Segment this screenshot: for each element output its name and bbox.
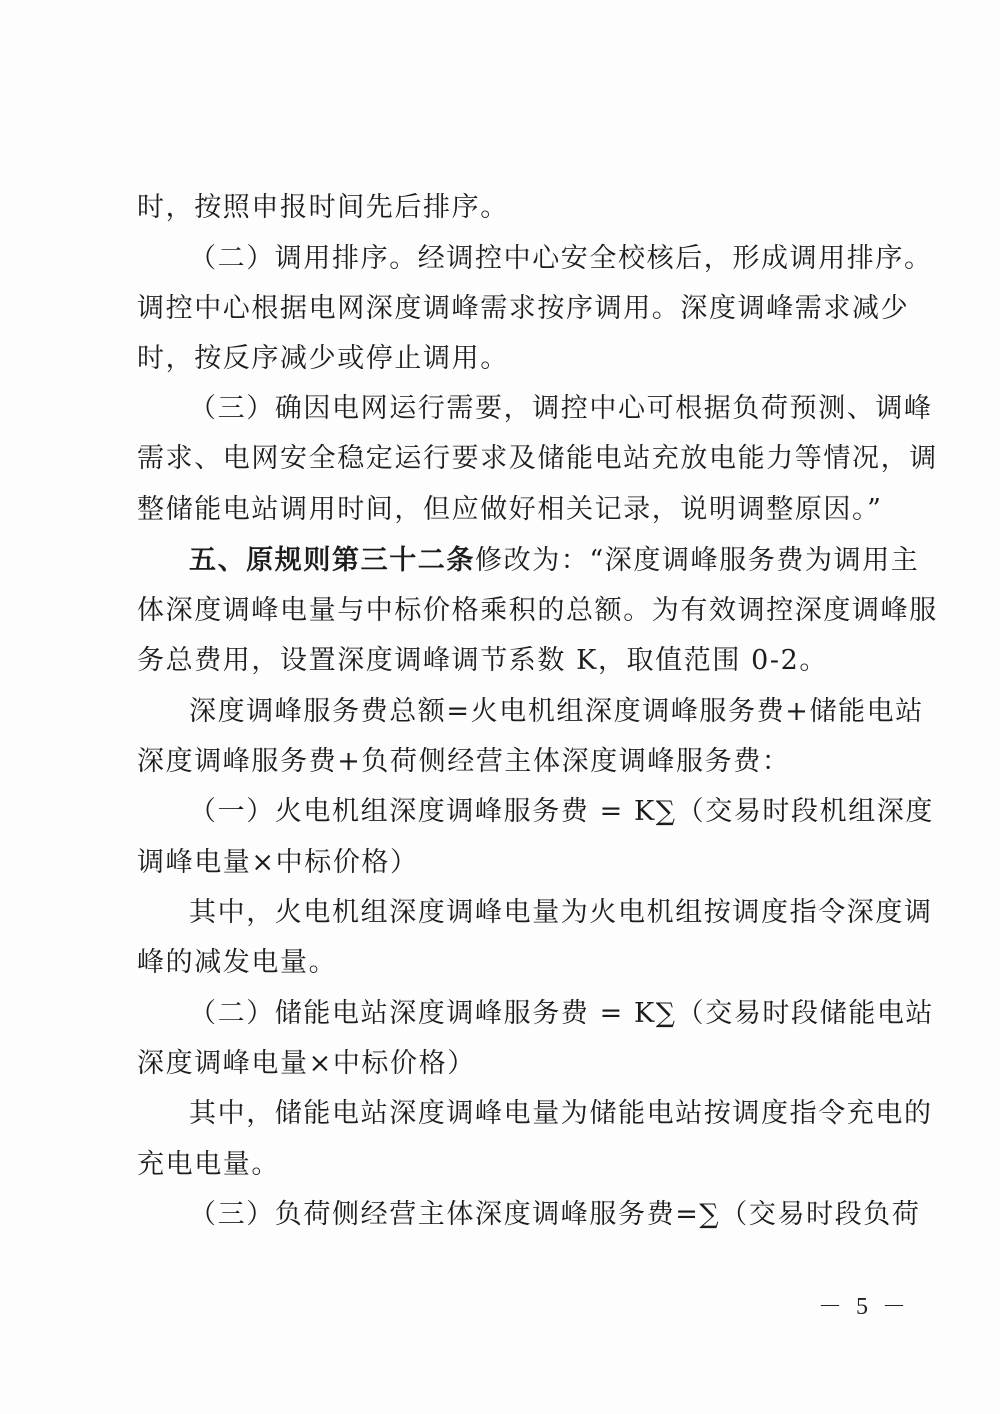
paragraph-line: 其中，储能电站深度调峰电量为储能电站按调度指令充电的 (189, 1099, 933, 1129)
formula-line: 深度调峰电量×中标价格） (137, 1049, 476, 1079)
page-number: － 5 － (818, 1286, 910, 1321)
paragraph-line: （二）调用排序。经调控中心安全校核后，形成调用排序。 (189, 244, 933, 274)
formula-line: （二）储能电站深度调峰服务费 = K∑（交易时段储能电站 (189, 999, 934, 1029)
paragraph-line: 峰的减发电量。 (137, 948, 337, 978)
section-heading-line: 五、原规则第三十二条修改为：“深度调峰服务费为调用主 (189, 546, 919, 576)
paragraph-line: 时，按照申报时间先后排序。 (137, 193, 509, 223)
formula-line: （三）负荷侧经营主体深度调峰服务费=∑（交易时段负荷 (189, 1200, 921, 1230)
document-page: 时，按照申报时间先后排序。 （二）调用排序。经调控中心安全校核后，形成调用排序。… (0, 0, 1000, 1414)
paragraph-line: 务总费用，设置深度调峰调节系数 K，取值范围 0-2。 (137, 646, 828, 676)
section-heading: 五、原规则第三十二条 (189, 545, 475, 576)
formula-line: 调峰电量×中标价格） (137, 848, 419, 878)
paragraph-line: 其中，火电机组深度调峰电量为火电机组按调度指令深度调 (189, 898, 933, 928)
paragraph-line: 体深度调峰电量与中标价格乘积的总额。为有效调控深度调峰服 (137, 596, 938, 626)
paragraph-line: （三）确因电网运行需要，调控中心可根据负荷预测、调峰 (189, 394, 933, 424)
paragraph-line: 深度调峰服务费总额=火电机组深度调峰服务费+储能电站 (189, 697, 924, 727)
section-heading-text: 修改为：“深度调峰服务费为调用主 (475, 545, 919, 576)
paragraph-line: 深度调峰服务费+负荷侧经营主体深度调峰服务费： (137, 747, 790, 777)
formula-line: （一）火电机组深度调峰服务费 = K∑（交易时段机组深度 (189, 797, 934, 827)
paragraph-line: 整储能电站调用时间，但应做好相关记录，说明调整原因。” (137, 495, 883, 525)
paragraph-line: 需求、电网安全稳定运行要求及储能电站充放电能力等情况，调 (137, 444, 938, 474)
paragraph-line: 时，按反序减少或停止调用。 (137, 344, 509, 374)
paragraph-line: 调控中心根据电网深度调峰需求按序调用。深度调峰需求减少 (137, 294, 909, 324)
paragraph-line: 充电电量。 (137, 1150, 280, 1180)
